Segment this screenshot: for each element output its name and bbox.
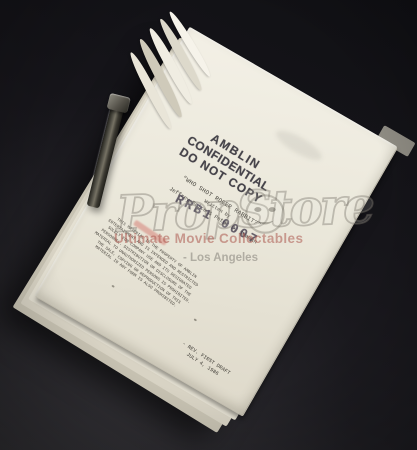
paper-speck: [111, 285, 115, 288]
draft-line: - REV. FIRST DRAFT: [167, 332, 245, 386]
product-photo: AMBLIN CONFIDENTIAL DO NOT COPY "WHO SHO…: [0, 0, 417, 450]
ink-smudge: [272, 125, 325, 165]
paper-speck: [193, 318, 197, 321]
